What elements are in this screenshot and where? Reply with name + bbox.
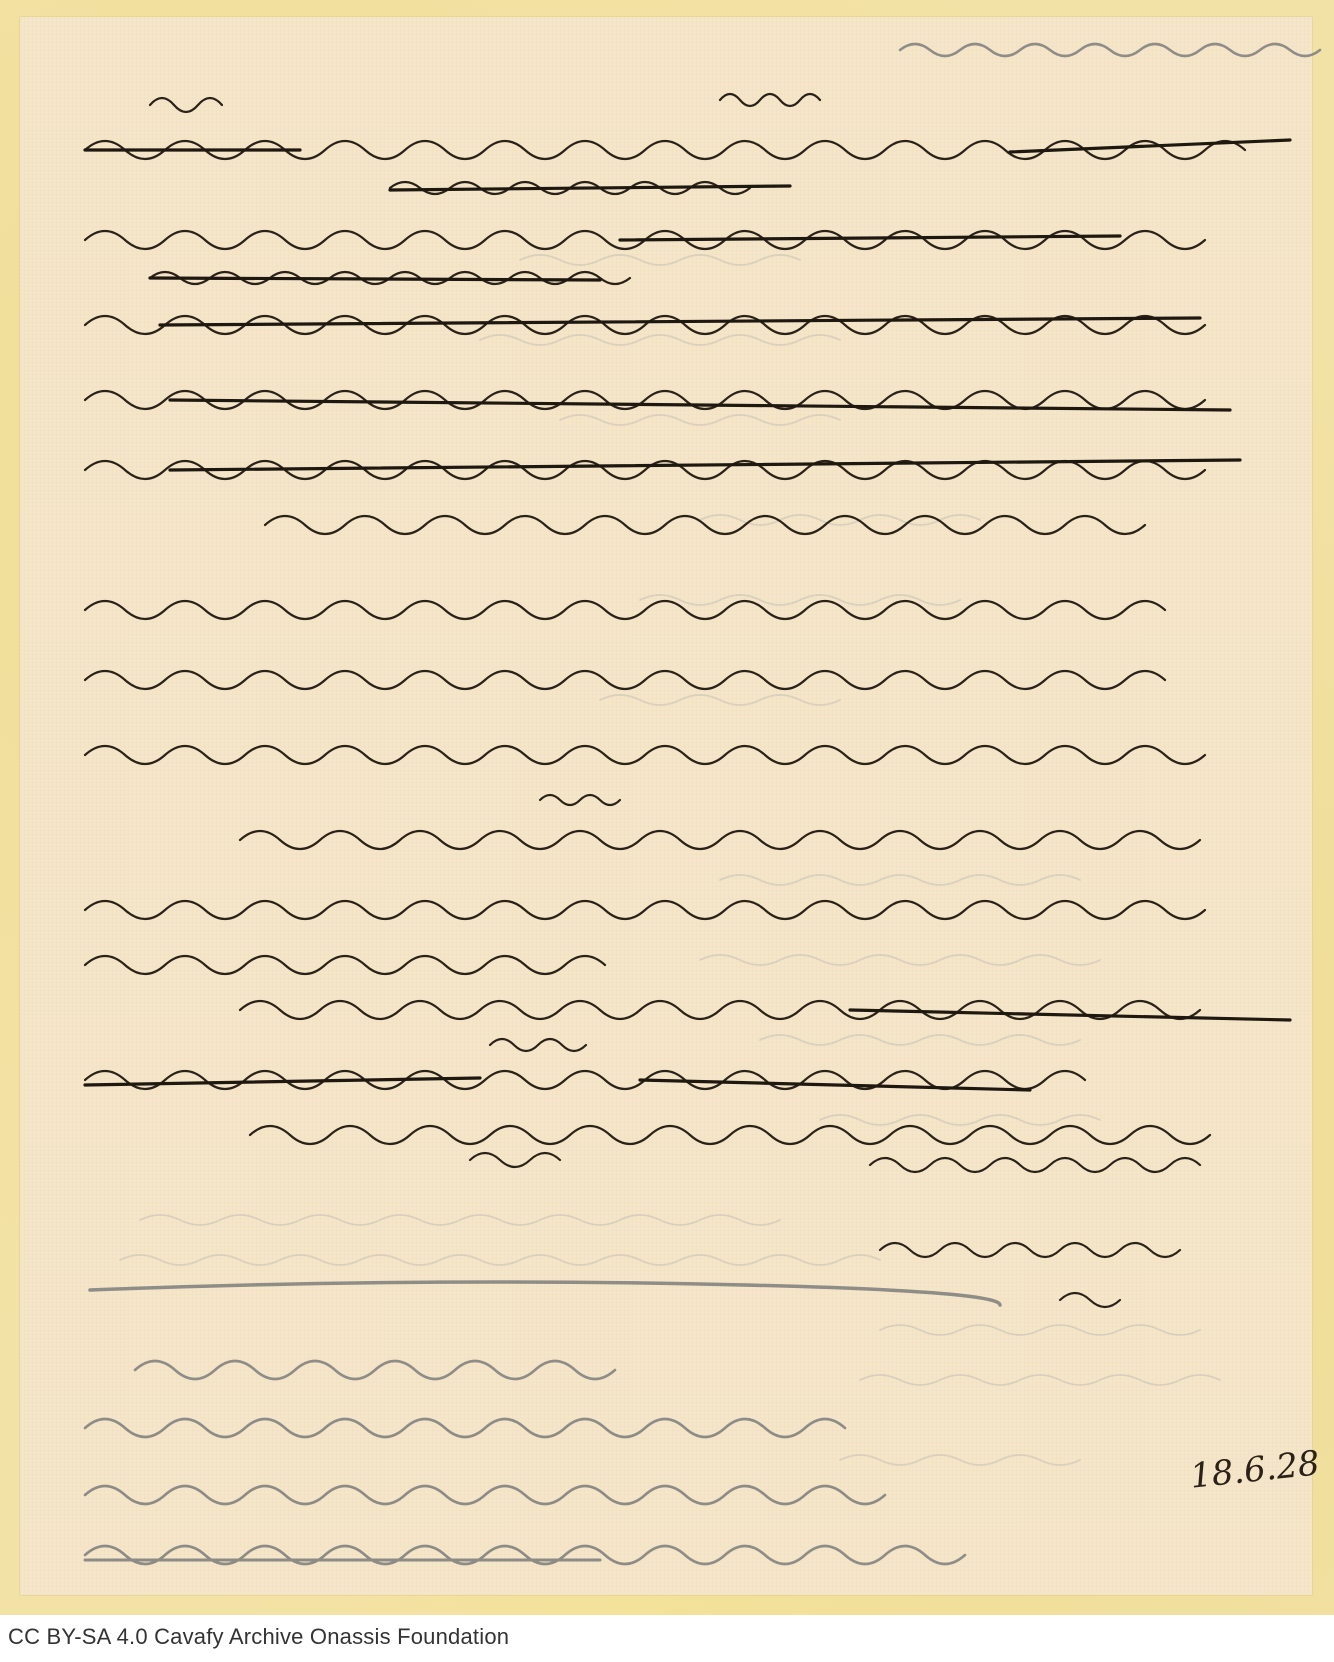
pencil-divider	[90, 1282, 1000, 1305]
manuscript-scan: 18.6.28	[0, 0, 1334, 1615]
pencil-postscript	[85, 1361, 965, 1564]
handwriting-strokes	[0, 0, 1334, 1615]
manuscript-lines	[85, 94, 1245, 1307]
license-caption: CC BY-SA 4.0 Cavafy Archive Onassis Foun…	[8, 1624, 509, 1650]
pencil-annotation-top	[900, 44, 1320, 56]
strike-throughs	[85, 140, 1290, 1090]
